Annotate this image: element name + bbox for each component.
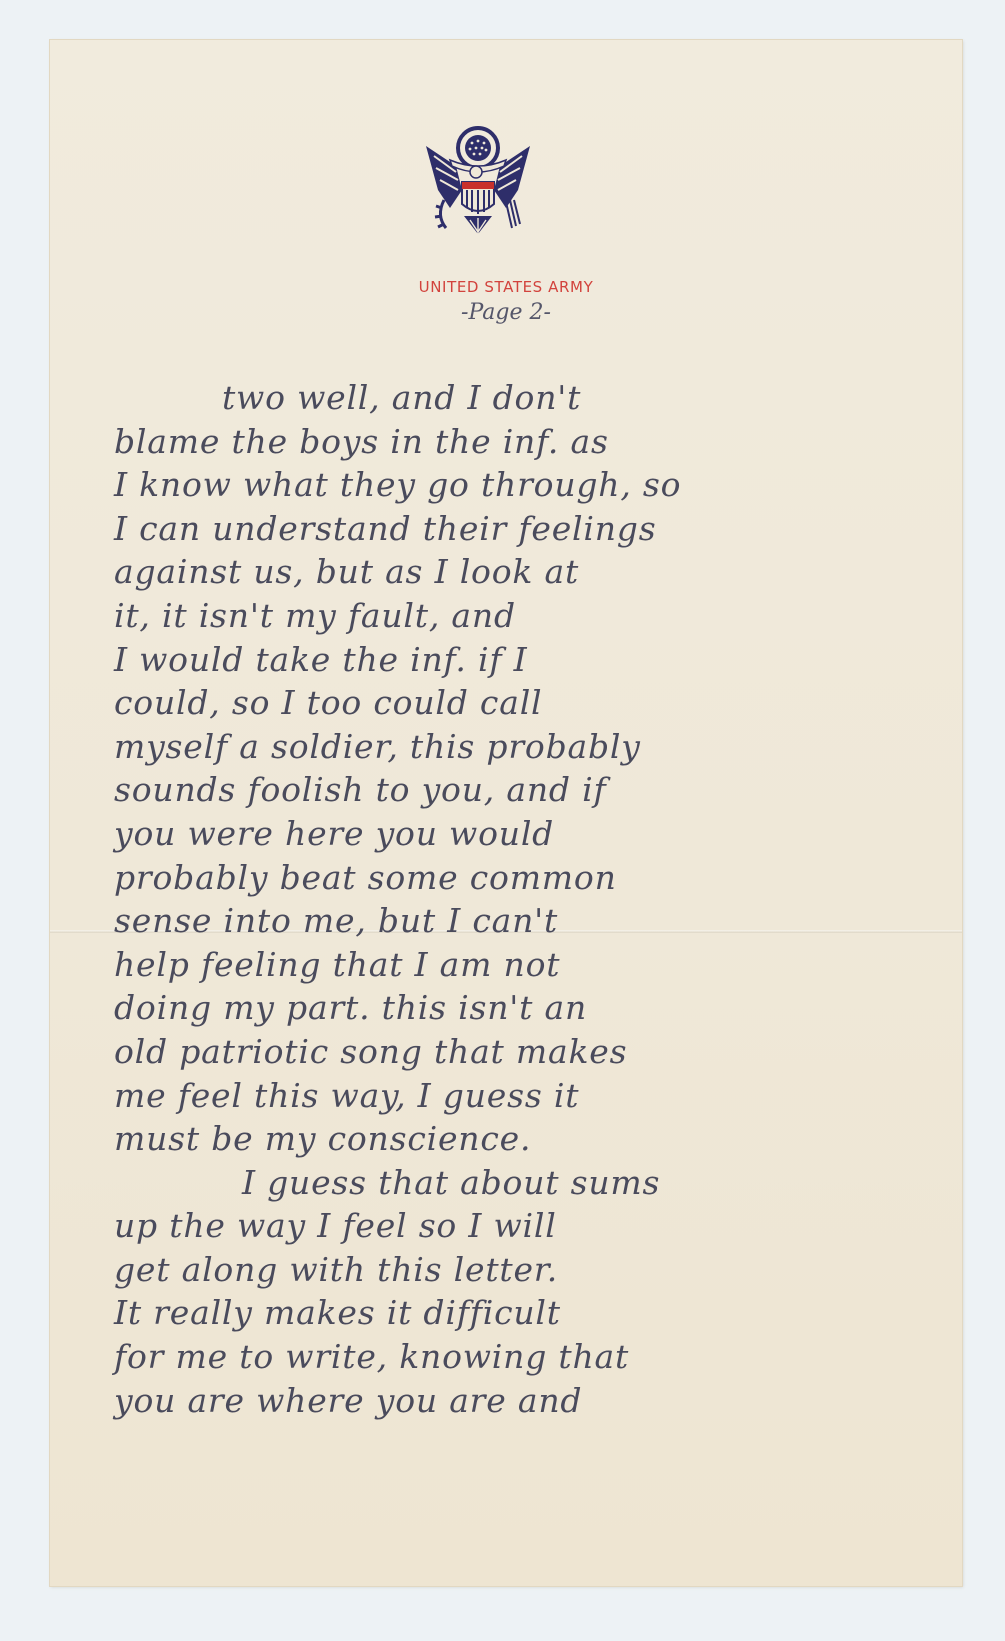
letter-line: get along with this letter. bbox=[102, 1248, 862, 1292]
letter-line: myself a soldier, this probably bbox=[102, 725, 862, 769]
letter-line: against us, but as I look at bbox=[102, 550, 862, 594]
letter-page: UNITED STATES ARMY -Page 2- two well, an… bbox=[50, 40, 962, 1586]
letter-line: sense into me, but I can't bbox=[102, 899, 862, 943]
page-number-label: -Page 2- bbox=[50, 300, 962, 325]
letter-line: it, it isn't my fault, and bbox=[102, 594, 862, 638]
letterhead-title: UNITED STATES ARMY bbox=[50, 278, 962, 296]
letter-line: you are where you are and bbox=[102, 1379, 862, 1423]
letter-line: I would take the inf. if I bbox=[102, 638, 862, 682]
letter-line: you were here you would bbox=[102, 812, 862, 856]
letter-line: me feel this way, I guess it bbox=[102, 1074, 862, 1118]
letter-line: I can understand their feelings bbox=[102, 507, 862, 551]
letter-line: doing my part. this isn't an bbox=[102, 986, 862, 1030]
letter-line: up the way I feel so I will bbox=[102, 1204, 862, 1248]
letter-line: could, so I too could call bbox=[102, 681, 862, 725]
letter-line: I know what they go through, so bbox=[102, 463, 862, 507]
letter-line: It really makes it difficult bbox=[102, 1291, 862, 1335]
letter-line: must be my conscience. bbox=[102, 1117, 862, 1161]
letter-line: two well, and I don't bbox=[102, 376, 862, 420]
letter-line: help feeling that I am not bbox=[102, 943, 862, 987]
letter-line: probably beat some common bbox=[102, 856, 862, 900]
letter-line: old patriotic song that makes bbox=[102, 1030, 862, 1074]
letter-line: blame the boys in the inf. as bbox=[102, 420, 862, 464]
us-army-eagle-seal-icon bbox=[416, 120, 540, 244]
letter-body: two well, and I don't blame the boys in … bbox=[102, 376, 862, 1422]
letter-line: sounds foolish to you, and if bbox=[102, 768, 862, 812]
letter-line: for me to write, knowing that bbox=[102, 1335, 862, 1379]
letter-line: I guess that about sums bbox=[102, 1161, 862, 1205]
